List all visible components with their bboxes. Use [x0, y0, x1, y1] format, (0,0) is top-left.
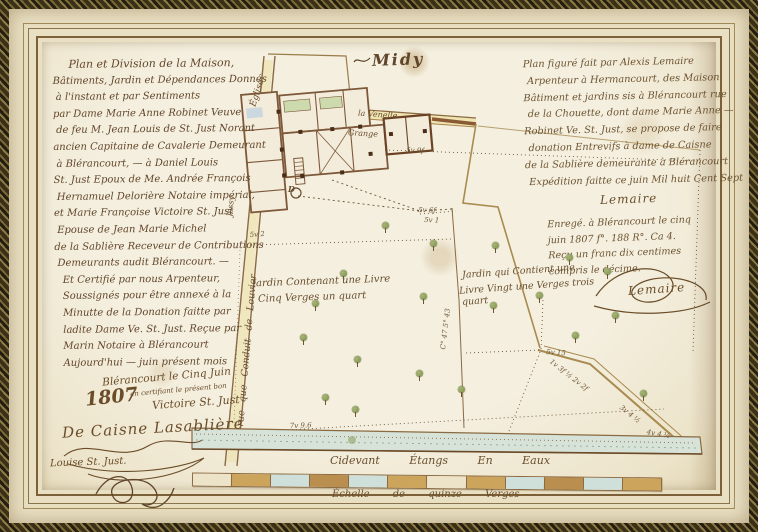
measurement-label: 5v 2: [249, 230, 265, 239]
lemaire-paraph: [586, 256, 720, 316]
tree-icon: [416, 370, 423, 377]
tree-icon: [430, 240, 437, 247]
note-line: Hernamuel Delorière Notaire impérial,: [57, 188, 250, 207]
tree-icon: [312, 300, 319, 307]
lemaire-name: Lemaire: [600, 191, 658, 207]
tree-icon: [340, 270, 347, 277]
scale-bar-segment: [465, 476, 504, 488]
pond-strip: [192, 428, 702, 454]
tree-icon: [382, 222, 389, 229]
tree-icon: [458, 386, 465, 393]
tree-icon: [420, 293, 427, 300]
scale-bar-segment: [583, 478, 622, 490]
tree-icon: [572, 332, 579, 339]
note-line: à l'instant et par Sentiments: [56, 88, 249, 107]
note-line: Plan et Division de la Maison,: [68, 55, 248, 73]
note-line: Et Certifié par nous Arpenteur,: [63, 271, 251, 290]
scale-bar-segment: [505, 477, 544, 489]
scale-bar-segment: [387, 476, 426, 488]
note-line: Demeurants audit Blérancourt. —: [57, 254, 250, 273]
scale-bar-segment: [622, 478, 661, 490]
tree-icon: [536, 292, 543, 299]
tree-icon: [354, 356, 361, 363]
tree-icon: [490, 302, 497, 309]
tree-icon: [492, 242, 499, 249]
measurement-label: 5v 1: [424, 216, 439, 225]
tree-icon: [300, 334, 307, 341]
right-note: Plan figuré fait par Alexis LemaireArpen…: [523, 53, 741, 192]
note-line: à Blérancourt, — à Daniel Louis: [56, 155, 249, 174]
note-line: ancien Capitaine de Cavalerie Demeurant: [53, 138, 249, 157]
measurement-label: 5v 9f: [406, 146, 424, 155]
ponds-label: Cidevant Étangs En Eaux: [330, 454, 550, 467]
scale-bar-segment: [231, 474, 270, 486]
scale-bar-segment: [544, 477, 583, 489]
bottom-paraph: [88, 464, 178, 510]
garden-right-label-3: quart: [462, 295, 489, 308]
scale-bar-segment: [348, 475, 387, 487]
note-line: de la Sablière Receveur de Contributions: [54, 238, 250, 257]
left-note: Plan et Division de la Maison,Bâtiments,…: [52, 55, 251, 372]
measurement-label: 7v 9.6: [290, 421, 312, 430]
note-line: de feu M. Jean Louis de St. Just Norant: [56, 121, 249, 140]
note-line: Epouse de Jean Marie Michel: [57, 221, 250, 240]
note-line: Soussignés pour être annexé à la: [63, 287, 251, 306]
tree-icon: [322, 394, 329, 401]
measurement-label: 5v 6f: [418, 206, 436, 215]
note-line: Marin Notaire à Blérancourt: [63, 337, 251, 356]
tree-icon: [640, 390, 647, 397]
note-line: et Marie Françoise Victoire St. Just: [54, 204, 250, 223]
tree-icon: [352, 406, 359, 413]
scale-label: Échelle de quinze Verges: [332, 489, 520, 500]
well-label: D: [288, 184, 295, 194]
compass-label: Midy: [372, 49, 425, 70]
tree-icon: [604, 268, 611, 275]
tree-icon: [612, 312, 619, 319]
scale-bar-segment: [193, 474, 231, 486]
scale-bar-segment: [270, 474, 309, 486]
note-line: ladite Dame Ve. St. Just. Reçue par: [63, 320, 251, 339]
barn-label: Grange: [348, 128, 378, 139]
tree-icon: [566, 254, 573, 261]
note-line: Bâtiments, Jardin et Dépendances Donnés: [53, 72, 249, 91]
note-line: par Dame Marie Anne Robinet Veuve: [53, 105, 249, 124]
scale-bar-segment: [309, 475, 348, 487]
note-line: Minutte de la Donation faitte par: [63, 304, 251, 323]
midy-flourish: [352, 54, 372, 66]
scale-bar-segment: [426, 476, 465, 488]
note-line: St. Just Epoux de Me. Andrée François: [54, 171, 250, 190]
measurement-label: 5v 15: [546, 348, 566, 357]
